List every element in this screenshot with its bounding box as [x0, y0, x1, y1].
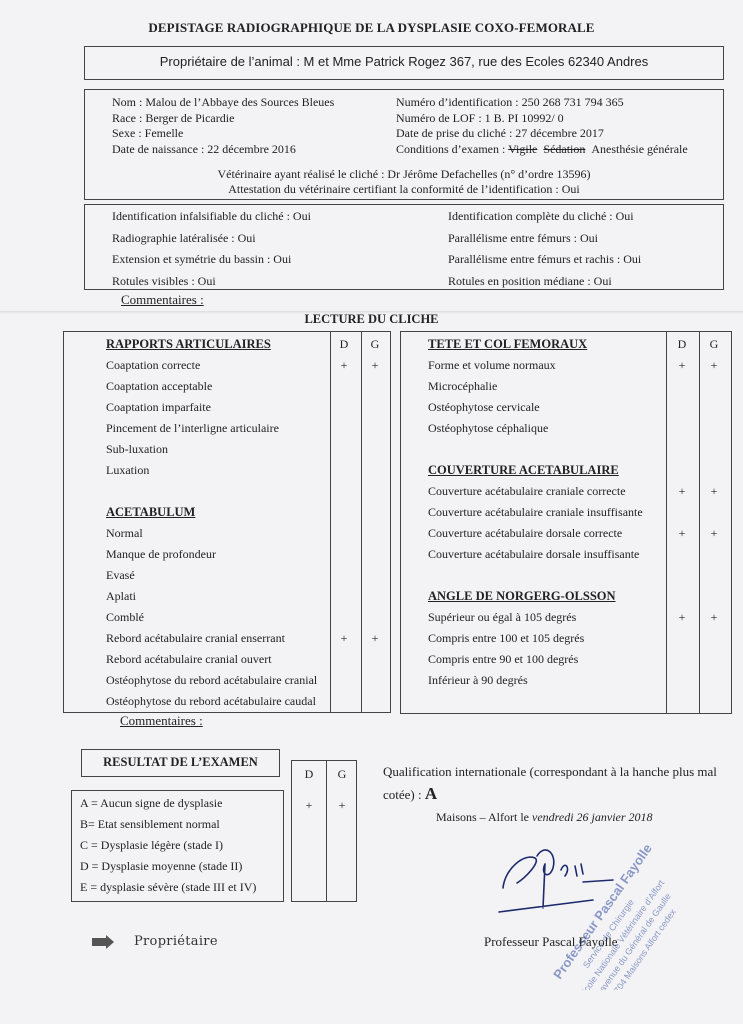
- table-row: Compris entre 90 et 100 degrés: [428, 652, 578, 667]
- animal-sex: Sexe : Femelle: [112, 126, 334, 142]
- mark-d: +: [331, 631, 357, 646]
- table-row: Pincement de l’interligne articulaire: [106, 421, 279, 436]
- signatory-name: Professeur Pascal Fayolle: [484, 934, 618, 950]
- document-title: DEPISTAGE RADIOGRAPHIQUE DE LA DYSPLASIE…: [0, 20, 743, 36]
- section-header: ANGLE DE NORGERG-OLSSON: [428, 589, 616, 604]
- result-col-g: G: [327, 767, 357, 782]
- right-arrow-icon: [92, 935, 116, 949]
- table-row: Couverture acétabulaire craniale insuffi…: [428, 505, 643, 520]
- animal-breed: Race : Berger de Picardie: [112, 111, 334, 127]
- table-row: Coaptation correcte: [106, 358, 200, 373]
- table-row: Ostéophytose cervicale: [428, 400, 540, 415]
- signature-place-date: Maisons – Alfort le vendredi 26 janvier …: [436, 810, 653, 825]
- mark-g: +: [701, 484, 727, 499]
- attestation: Attestation du vétérinaire certifiant la…: [85, 182, 723, 197]
- mark-g: +: [701, 358, 727, 373]
- signature-date: vendredi 26 janvier 2018: [532, 810, 653, 824]
- section-header: TETE ET COL FEMORAUX: [428, 337, 587, 352]
- table-row: Sub-luxation: [106, 442, 168, 457]
- legend-item-a: A = Aucun signe de dysplasie: [80, 796, 256, 817]
- result-col-d: D: [292, 767, 326, 782]
- table-row: Ostéophytose du rebord acétabulaire cran…: [106, 673, 317, 688]
- condition-selected: Anesthésie générale: [591, 142, 687, 156]
- column-g-header: G: [362, 337, 388, 352]
- owner-box: Propriétaire de l’animal : M et Mme Patr…: [84, 46, 724, 80]
- comments-label-top: Commentaires :: [121, 292, 204, 308]
- lof-number: Numéro de LOF : 1 B. PI 10992/ 0: [396, 111, 688, 127]
- reading-table-left: D G RAPPORTS ARTICULAIRESCoaptation corr…: [63, 331, 391, 713]
- animal-info-left: Nom : Malou de l’Abbaye des Sources Bleu…: [112, 95, 334, 157]
- exam-conditions: Conditions d’examen : Vigile Sédation An…: [396, 142, 688, 158]
- table-row: Couverture acétabulaire craniale correct…: [428, 484, 626, 499]
- stamp-icon: Professeur Pascal Fayolle Service de Chi…: [540, 830, 740, 990]
- animal-info-box: Nom : Malou de l’Abbaye des Sources Bleu…: [84, 89, 724, 200]
- mark-d: +: [669, 484, 695, 499]
- table-row: Aplati: [106, 589, 136, 604]
- legend-item-d: D = Dysplasie moyenne (stade II): [80, 859, 256, 880]
- xray-date: Date de prise du cliché : 27 décembre 20…: [396, 126, 688, 142]
- column-divider: [699, 332, 700, 713]
- section-header: COUVERTURE ACETABULAIRE: [428, 463, 619, 478]
- reading-table-right: D G TETE ET COL FEMORAUXForme et volume …: [400, 331, 732, 714]
- mark-g: +: [701, 526, 727, 541]
- mark-g: +: [701, 610, 727, 625]
- animal-name: Nom : Malou de l’Abbaye des Sources Bleu…: [112, 95, 334, 111]
- table-row: Luxation: [106, 463, 149, 478]
- animal-info-right: Numéro d’identification : 250 268 731 79…: [396, 95, 688, 157]
- check-item: Extension et symétrie du bassin : Oui: [112, 252, 311, 274]
- result-g-mark: +: [327, 798, 357, 813]
- check-item: Radiographie latéralisée : Oui: [112, 231, 311, 253]
- mark-d: +: [331, 358, 357, 373]
- check-item: Identification complète du cliché : Oui: [448, 209, 641, 231]
- table-row: Coaptation imparfaite: [106, 400, 211, 415]
- identification-number: Numéro d’identification : 250 268 731 79…: [396, 95, 688, 111]
- result-legend: A = Aucun signe de dysplasie B= Etat sen…: [80, 796, 256, 901]
- column-divider: [330, 332, 331, 712]
- mark-d: +: [669, 610, 695, 625]
- reading-title: LECTURE DU CLICHE: [0, 312, 743, 327]
- quality-checks-box: Identification infalsifiable du cliché :…: [84, 204, 724, 290]
- table-row: Rebord acétabulaire cranial ouvert: [106, 652, 272, 667]
- table-row: Ostéophytose céphalique: [428, 421, 548, 436]
- table-row: Ostéophytose du rebord acétabulaire caud…: [106, 694, 316, 709]
- table-row: Couverture acétabulaire dorsale correcte: [428, 526, 622, 541]
- check-item: Identification infalsifiable du cliché :…: [112, 209, 311, 231]
- result-legend-box: A = Aucun signe de dysplasie B= Etat sen…: [71, 790, 284, 902]
- column-divider: [361, 332, 362, 712]
- table-row: Comblé: [106, 610, 144, 625]
- column-g-header: G: [701, 337, 727, 352]
- column-divider: [666, 332, 667, 713]
- check-item: Parallélisme entre fémurs : Oui: [448, 231, 641, 253]
- legend-item-c: C = Dysplasie légère (stade I): [80, 838, 256, 859]
- table-row: Inférieur à 90 degrés: [428, 673, 528, 688]
- legend-item-e: E = dysplasie sévère (stade III et IV): [80, 880, 256, 901]
- checks-left: Identification infalsifiable du cliché :…: [112, 209, 311, 295]
- table-row: Normal: [106, 526, 143, 541]
- international-qualification: Qualification internationale (correspond…: [383, 761, 733, 806]
- checks-right: Identification complète du cliché : Oui …: [448, 209, 641, 295]
- table-row: Rebord acétabulaire cranial enserrant: [106, 631, 285, 646]
- qualification-grade: A: [425, 784, 437, 803]
- recipient-label: Propriétaire: [134, 934, 218, 949]
- table-row: Manque de profondeur: [106, 547, 216, 562]
- mark-g: +: [362, 631, 388, 646]
- owner-info: Propriétaire de l’animal : M et Mme Patr…: [85, 47, 723, 77]
- section-header: RAPPORTS ARTICULAIRES: [106, 337, 271, 352]
- condition-sedation: Sédation: [543, 142, 585, 156]
- table-row: Microcéphalie: [428, 379, 497, 394]
- legend-item-b: B= Etat sensiblement normal: [80, 817, 256, 838]
- veterinarian: Vétérinaire ayant réalisé le cliché : Dr…: [85, 167, 723, 182]
- mark-d: +: [669, 526, 695, 541]
- comments-label-bottom: Commentaires :: [120, 713, 203, 729]
- result-d-mark: +: [292, 798, 326, 813]
- table-row: Forme et volume normaux: [428, 358, 556, 373]
- column-d-header: D: [331, 337, 357, 352]
- check-item: Rotules en position médiane : Oui: [448, 274, 641, 296]
- animal-birthdate: Date de naissance : 22 décembre 2016: [112, 142, 334, 158]
- table-row: Couverture acétabulaire dorsale insuffis…: [428, 547, 639, 562]
- mark-g: +: [362, 358, 388, 373]
- table-row: Compris entre 100 et 105 degrés: [428, 631, 584, 646]
- mark-d: +: [669, 358, 695, 373]
- column-divider: [326, 761, 327, 901]
- result-title: RESULTAT DE L’EXAMEN: [82, 750, 279, 774]
- table-row: Supérieur ou égal à 105 degrés: [428, 610, 576, 625]
- section-header: ACETABULUM: [106, 505, 195, 520]
- result-dg-box: D G + +: [291, 760, 357, 902]
- result-title-box: RESULTAT DE L’EXAMEN: [81, 749, 280, 777]
- column-d-header: D: [669, 337, 695, 352]
- table-row: Coaptation acceptable: [106, 379, 212, 394]
- condition-vigile: Vigile: [508, 142, 537, 156]
- table-row: Evasé: [106, 568, 135, 583]
- check-item: Parallélisme entre fémurs et rachis : Ou…: [448, 252, 641, 274]
